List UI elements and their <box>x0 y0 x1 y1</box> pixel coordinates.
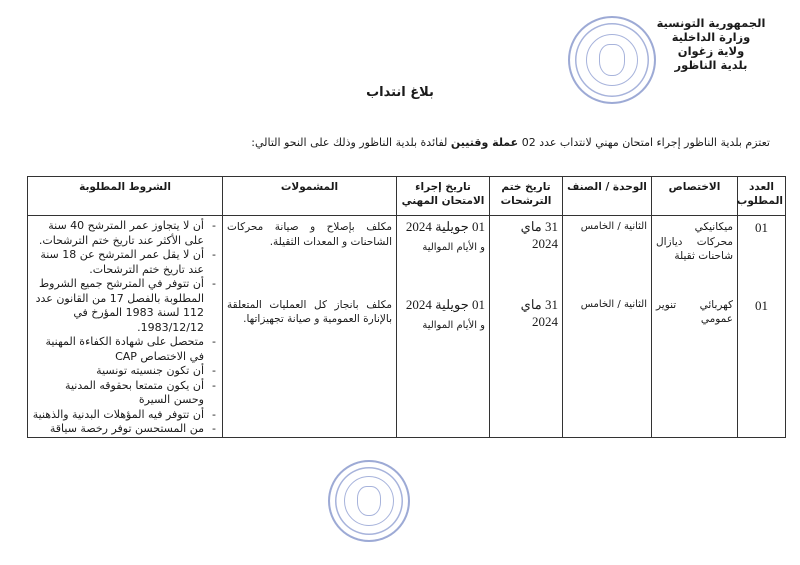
header-conditions: الشروط المطلوبة <box>28 177 223 216</box>
header-duties: المشمولات <box>223 177 397 216</box>
condition-item: أن تتوفر في المترشح جميع الشروط المطلوبة… <box>32 277 204 335</box>
cell-count: 01 <box>738 294 786 438</box>
cell-unit: الثانية / الخامس <box>563 294 652 438</box>
cell-conditions: أن لا يتجاوز عمر المترشح 40 سنة على الأك… <box>28 216 223 438</box>
intro-text-bold: عملة وقتيين <box>451 136 518 149</box>
official-stamp-icon <box>328 460 410 542</box>
cell-specialty: كهربائي تنوير عمومي <box>652 294 738 438</box>
table-header-row: العدد المطلوب الاختصاص الوحدة / الصنف تا… <box>28 177 786 216</box>
intro-paragraph: تعتزم بلدية الناظور إجراء امتحان مهني لا… <box>251 136 770 149</box>
condition-item: من المستحسن توفر رخصة سياقة <box>32 422 204 437</box>
header-specialty: الاختصاص <box>652 177 738 216</box>
recruitment-table: العدد المطلوب الاختصاص الوحدة / الصنف تا… <box>27 176 786 438</box>
header-count: العدد المطلوب <box>738 177 786 216</box>
cell-deadline: 31 ماي 2024 <box>490 216 563 294</box>
letterhead: الجمهورية التونسية وزارة الداخلية ولاية … <box>646 16 776 72</box>
condition-item: متحصل على شهادة الكفاءة المهنية في الاخت… <box>32 335 204 364</box>
cell-unit: الثانية / الخامس <box>563 216 652 294</box>
cell-exam-date: 01 جويلية 2024 و الأيام الموالية <box>397 294 490 438</box>
header-exam-date: تاريخ إجراء الامتحان المهني <box>397 177 490 216</box>
conditions-list: أن لا يتجاوز عمر المترشح 40 سنة على الأك… <box>32 219 218 437</box>
intro-text-end: لفائدة بلدية الناظور وذلك على النحو التا… <box>251 136 447 149</box>
condition-item: أن تتوفر فيه المؤهلات البدنية والذهنية <box>32 408 204 423</box>
letterhead-line: وزارة الداخلية <box>646 30 776 44</box>
coat-of-arms-icon <box>599 44 625 76</box>
condition-item: أن تكون جنسيته تونسية <box>32 364 204 379</box>
letterhead-line: بلدية الناظور <box>646 58 776 72</box>
header-unit: الوحدة / الصنف <box>563 177 652 216</box>
page-title: بلاغ انتداب <box>0 85 800 100</box>
condition-item: أن لا يتجاوز عمر المترشح 40 سنة على الأك… <box>32 219 204 248</box>
cell-count: 01 <box>738 216 786 294</box>
table-row: 01 ميكانيكي محركات ديازال شاحنات ثقيلة ا… <box>28 216 786 294</box>
header-deadline: تاريخ ختم الترشحات <box>490 177 563 216</box>
cell-specialty: ميكانيكي محركات ديازال شاحنات ثقيلة <box>652 216 738 294</box>
cell-duties: مكلف بإصلاح و صيانة محركات الشاحنات و ال… <box>223 216 397 294</box>
letterhead-line: الجمهورية التونسية <box>646 16 776 30</box>
coat-of-arms-icon <box>357 486 381 516</box>
condition-item: أن يكون متمتعا بحقوقه المدنية وحسن السير… <box>32 379 204 408</box>
cell-deadline: 31 ماي 2024 <box>490 294 563 438</box>
letterhead-line: ولاية زغوان <box>646 44 776 58</box>
intro-text-start: تعتزم بلدية الناظور إجراء امتحان مهني لا… <box>522 136 770 149</box>
cell-exam-date: 01 جويلية 2024 و الأيام الموالية <box>397 216 490 294</box>
cell-duties: مكلف بانجاز كل العمليات المتعلقة بالإنار… <box>223 294 397 438</box>
condition-item: أن لا يقل عمر المترشح عن 18 سنة عند تاري… <box>32 248 204 277</box>
